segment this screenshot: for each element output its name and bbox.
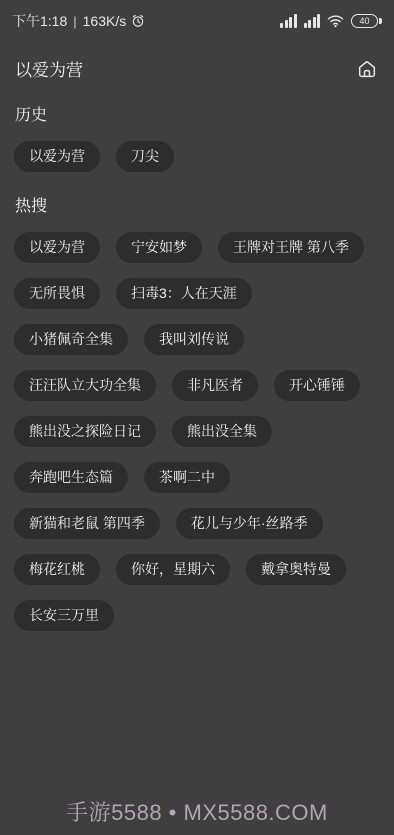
cellular-signal-icon: [304, 14, 321, 28]
hot-search-chip[interactable]: 我叫刘传说: [144, 324, 244, 355]
hot-search-chip[interactable]: 茶啊二中: [144, 462, 230, 493]
hot-search-chip[interactable]: 奔跑吧生态篇: [14, 462, 128, 493]
hot-search-chip[interactable]: 非凡医者: [172, 370, 258, 401]
hot-search-chip[interactable]: 熊出没之探险日记: [14, 416, 156, 447]
hot-search-chip[interactable]: 扫毒3：人在天涯: [116, 278, 252, 309]
hot-search-chip[interactable]: 你好，星期六: [116, 554, 230, 585]
clock-time: 下午1:18: [12, 11, 67, 31]
alarm-clock-icon: [131, 14, 145, 28]
hot-search-chip[interactable]: 小猪佩奇全集: [14, 324, 128, 355]
section-title-history: 历史: [15, 102, 379, 125]
hot-chip-list: 以爱为营宁安如梦王牌对王牌 第八季无所畏惧扫毒3：人在天涯小猪佩奇全集我叫刘传说…: [0, 232, 394, 631]
hot-search-chip[interactable]: 花儿与少年·丝路季: [176, 508, 323, 539]
hot-search-chip[interactable]: 无所畏惧: [14, 278, 100, 309]
network-speed: 163K/s: [83, 13, 127, 29]
hot-search-chip[interactable]: 王牌对王牌 第八季: [218, 232, 364, 263]
battery-icon: 40: [351, 14, 378, 28]
status-separator: |: [72, 14, 77, 29]
hot-search-chip[interactable]: 长安三万里: [14, 600, 114, 631]
hot-search-chip[interactable]: 熊出没全集: [172, 416, 272, 447]
status-right-group: 40: [280, 14, 382, 28]
hot-search-chip[interactable]: 新猫和老鼠 第四季: [14, 508, 160, 539]
home-icon[interactable]: [356, 58, 378, 80]
watermark: 手游5588 • MX5588.COM: [0, 796, 394, 827]
app-bar: 以爱为营: [0, 36, 394, 81]
wifi-icon: [327, 14, 344, 28]
battery-level: 40: [359, 17, 369, 26]
hot-search-chip[interactable]: 梅花红桃: [14, 554, 100, 585]
page-title: 以爱为营: [15, 56, 83, 81]
section-title-hot: 热搜: [15, 193, 379, 216]
hot-search-chip[interactable]: 汪汪队立大功全集: [14, 370, 156, 401]
status-left-group: 下午1:18 | 163K/s: [12, 11, 145, 31]
hot-search-chip[interactable]: 开心锤锤: [274, 370, 360, 401]
hot-search-chip[interactable]: 戴拿奥特曼: [246, 554, 346, 585]
history-chip[interactable]: 以爱为营: [14, 141, 100, 172]
history-chip-list: 以爱为营刀尖: [0, 141, 394, 172]
status-bar: 下午1:18 | 163K/s 40: [0, 0, 394, 36]
cellular-signal-icon: [280, 14, 297, 28]
history-chip[interactable]: 刀尖: [116, 141, 174, 172]
hot-search-chip[interactable]: 以爱为营: [14, 232, 100, 263]
hot-search-chip[interactable]: 宁安如梦: [116, 232, 202, 263]
